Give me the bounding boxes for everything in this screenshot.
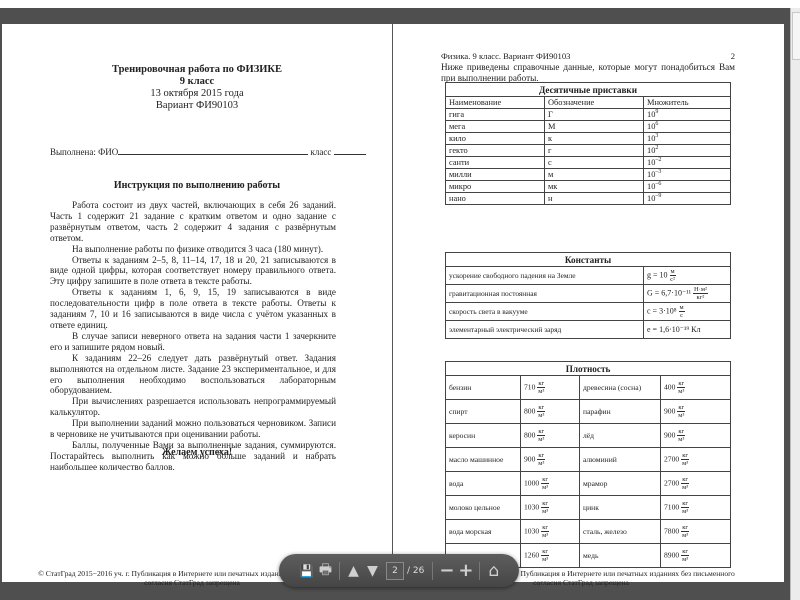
unit-numerator: кг	[681, 476, 689, 484]
exponent: 9	[655, 109, 658, 115]
table-row: ускорение свободного падения на Землеg =…	[446, 267, 731, 285]
prefix-name: милли	[446, 169, 545, 181]
unit-fraction: кгм³	[677, 428, 685, 443]
prefix-multiplier: 10–6	[644, 181, 731, 193]
unit-denominator: м³	[541, 508, 549, 515]
next-page-icon[interactable]: ▼	[363, 561, 382, 581]
substance-name: спирт	[446, 400, 521, 424]
substance-name: масло машинное	[446, 448, 521, 472]
constant-name: ускорение свободного падения на Земле	[446, 267, 644, 285]
previous-page-icon[interactable]: ▲	[344, 561, 363, 581]
column-header: Обозначение	[545, 97, 644, 109]
density-number: 1260	[524, 550, 539, 559]
table-row: вода морская1030кгм³сталь, железо7800кгм…	[446, 520, 731, 544]
constant-expression: e = 1,6·10⁻¹⁹ Кл	[647, 325, 700, 334]
table-row: мегаМ106	[446, 121, 731, 133]
toolbar-divider	[339, 562, 340, 580]
unit-denominator: с	[679, 312, 685, 319]
toolbar-divider	[479, 562, 480, 580]
density-number: 7100	[664, 502, 679, 511]
unit-numerator: кг	[541, 524, 549, 532]
page-number: 2	[731, 51, 735, 61]
instruction-paragraph: На выполнение работы по физике отводится…	[50, 244, 336, 255]
unit-fraction: кгм³	[681, 476, 689, 491]
unit-fraction: Н·м²кг²	[693, 286, 708, 301]
unit-fraction: кгм³	[681, 500, 689, 515]
prefix-multiplier: 10–9	[644, 193, 731, 205]
unit-fraction: кгм³	[681, 524, 689, 539]
substance-name: вода морская	[446, 520, 521, 544]
density-value: 900кгм³	[661, 400, 731, 424]
density-table: Плотность бензин710кгм³древесина (сосна)…	[445, 361, 731, 568]
substance-name: молоко цельное	[446, 496, 521, 520]
wish-text: Желаем успеха!	[2, 447, 392, 458]
unit-denominator: м³	[537, 436, 545, 443]
unit-fraction: кгм³	[537, 452, 545, 467]
prefix-multiplier: 109	[644, 109, 731, 121]
instruction-paragraph: Ответы к заданиям 2–5, 8, 11–14, 17, 18 …	[50, 255, 336, 288]
unit-numerator: кг	[537, 452, 545, 460]
prefix-symbol: г	[545, 145, 644, 157]
instruction-paragraph: При выполнении заданий можно пользоватьс…	[50, 418, 336, 440]
exponent: –9	[655, 193, 661, 199]
unit-denominator: м³	[681, 508, 689, 515]
unit-denominator: м³	[537, 388, 545, 395]
prefix-name: мега	[446, 121, 545, 133]
unit-denominator: м³	[537, 460, 545, 467]
substance-name: сталь, железо	[580, 520, 661, 544]
reference-intro: Ниже приведены справочные данные, которы…	[441, 62, 735, 83]
unit-fraction: кгм³	[537, 404, 545, 419]
unit-denominator: м³	[537, 412, 545, 419]
class-blank	[334, 146, 366, 155]
running-header: Физика. 9 класс. Вариант ФИ90103 2	[441, 51, 735, 61]
save-icon[interactable]: 💾	[297, 561, 316, 581]
table-row: спирт800кгм³парафин900кгм³	[446, 400, 731, 424]
instructions-heading: Инструкция по выполнению работы	[2, 180, 392, 191]
table-row: молоко цельное1030кгм³цинк7100кгм³	[446, 496, 731, 520]
instruction-paragraph: Работа состоит из двух частей, включающи…	[50, 200, 336, 244]
instructions-body: Работа состоит из двух частей, включающи…	[50, 200, 336, 473]
exponent: –2	[655, 157, 661, 163]
constants-caption: Константы	[446, 253, 731, 267]
constant-name: скорость света в вакууме	[446, 303, 644, 321]
prefix-multiplier: 10–2	[644, 157, 731, 169]
prefix-symbol: Г	[545, 109, 644, 121]
table-row: керосин800кгм³лёд900кгм³	[446, 424, 731, 448]
table-row: гектог102	[446, 145, 731, 157]
unit-numerator: кг	[681, 452, 689, 460]
class-label: класс	[310, 147, 331, 157]
unit-denominator: м³	[681, 532, 689, 539]
density-value: 8900кгм³	[661, 544, 731, 568]
zoom-in-icon[interactable]: +	[456, 561, 475, 581]
exponent: 3	[655, 133, 658, 139]
unit-denominator: м³	[677, 436, 685, 443]
constant-name: гравитационная постоянная	[446, 285, 644, 303]
home-icon[interactable]: ⌂	[484, 561, 503, 581]
page-number-input[interactable]: 2	[386, 562, 404, 580]
density-number: 1030	[524, 526, 539, 535]
prefix-name: санти	[446, 157, 545, 169]
unit-numerator: кг	[681, 500, 689, 508]
prefix-name: микро	[446, 181, 545, 193]
density-number: 400	[664, 382, 675, 391]
exponent: –3	[655, 169, 661, 175]
prefixes-table: Десятичные приставки НаименованиеОбознач…	[445, 82, 731, 205]
constants-table: Константы ускорение свободного падения н…	[445, 252, 731, 339]
constant-expression: G = 6,7·10⁻¹¹	[647, 288, 691, 297]
header-title: Физика. 9 класс. Вариант ФИ90103	[441, 51, 570, 61]
substance-name: алюминий	[580, 448, 661, 472]
column-header: Наименование	[446, 97, 545, 109]
density-value: 2700кгм³	[661, 448, 731, 472]
unit-denominator: м³	[681, 460, 689, 467]
unit-fraction: кгм³	[681, 548, 689, 563]
density-value: 7100кгм³	[661, 496, 731, 520]
zoom-out-icon[interactable]: −	[437, 561, 456, 581]
substance-name: древесина (сосна)	[580, 376, 661, 400]
unit-numerator: кг	[537, 404, 545, 412]
unit-fraction: кгм³	[677, 380, 685, 395]
table-row: сантис10–2	[446, 157, 731, 169]
unit-fraction: мс²	[670, 268, 676, 283]
table-row: скорость света в вакуумеc = 3·10⁸мс	[446, 303, 731, 321]
unit-numerator: кг	[537, 380, 545, 388]
table-row: масло машинное900кгм³алюминий2700кгм³	[446, 448, 731, 472]
doc-variant: Вариант ФИ90103	[2, 100, 392, 112]
table-row: килок103	[446, 133, 731, 145]
unit-numerator: кг	[677, 428, 685, 436]
total-pages: / 26	[407, 566, 424, 576]
unit-denominator: м³	[541, 556, 549, 563]
unit-denominator: м³	[681, 556, 689, 563]
unit-numerator: кг	[541, 548, 549, 556]
unit-fraction: кгм³	[681, 452, 689, 467]
density-value: 900кгм³	[521, 448, 580, 472]
unit-fraction: кгм³	[677, 404, 685, 419]
density-value: 1000кгм³	[521, 472, 580, 496]
density-value: 800кгм³	[521, 400, 580, 424]
unit-denominator: м³	[681, 484, 689, 491]
table-row: элементарный электрический зарядe = 1,6·…	[446, 321, 731, 339]
prefix-name: гига	[446, 109, 545, 121]
unit-numerator: кг	[541, 476, 549, 484]
unit-fraction: мс	[679, 304, 685, 319]
density-value: 1030кгм³	[521, 496, 580, 520]
substance-name: цинк	[580, 496, 661, 520]
title-block: Тренировочная работа по ФИЗИКЕ 9 класс 1…	[2, 64, 392, 112]
density-number: 800	[524, 430, 535, 439]
exponent: 6	[655, 121, 658, 127]
constant-value: g = 10мс²	[644, 267, 731, 285]
unit-denominator: с²	[670, 276, 676, 283]
density-number: 900	[524, 454, 535, 463]
print-icon[interactable]: 🖶	[316, 561, 335, 581]
column-header: Множитель	[644, 97, 731, 109]
prefix-symbol: м	[545, 169, 644, 181]
constant-expression: g = 10	[647, 270, 668, 279]
unit-fraction: кгм³	[541, 476, 549, 491]
unit-numerator: кг	[681, 548, 689, 556]
unit-denominator: м³	[541, 532, 549, 539]
prefix-multiplier: 106	[644, 121, 731, 133]
unit-fraction: кгм³	[541, 524, 549, 539]
table-row: гравитационная постояннаяG = 6,7·10⁻¹¹Н·…	[446, 285, 731, 303]
substance-name: вода	[446, 472, 521, 496]
constant-name: элементарный электрический заряд	[446, 321, 644, 339]
density-caption: Плотность	[446, 362, 731, 376]
density-value: 7800кгм³	[661, 520, 731, 544]
top-strip	[0, 0, 800, 8]
density-number: 8900	[664, 550, 679, 559]
table-row: бензин710кгм³древесина (сосна)400кгм³	[446, 376, 731, 400]
unit-numerator: Н·м²	[693, 286, 708, 294]
unit-numerator: кг	[541, 500, 549, 508]
table-row: гигаГ109	[446, 109, 731, 121]
prefix-symbol: М	[545, 121, 644, 133]
table-row: нанон10–9	[446, 193, 731, 205]
substance-name: лёд	[580, 424, 661, 448]
constant-value: c = 3·10⁸мс	[644, 303, 731, 321]
unit-numerator: м	[679, 304, 685, 312]
pdf-toolbar: 💾 🖶 ▲ ▼ 2 / 26 − + ⌂	[279, 554, 519, 587]
prefix-multiplier: 103	[644, 133, 731, 145]
table-row: микромк10–6	[446, 181, 731, 193]
instruction-paragraph: При вычислениях разрешается использовать…	[50, 396, 336, 418]
density-value: 2700кгм³	[661, 472, 731, 496]
prefix-name: нано	[446, 193, 545, 205]
fio-label: Выполнена: ФИО	[50, 147, 118, 157]
density-number: 2700	[664, 454, 679, 463]
density-number: 2700	[664, 478, 679, 487]
density-number: 800	[524, 406, 535, 415]
prefix-name: гекто	[446, 145, 545, 157]
substance-name: мрамор	[580, 472, 661, 496]
density-value: 1260кгм³	[521, 544, 580, 568]
pdf-page-1: Тренировочная работа по ФИЗИКЕ 9 класс 1…	[2, 24, 392, 582]
vertical-scrollbar[interactable]	[790, 8, 800, 600]
prefix-name: кило	[446, 133, 545, 145]
density-number: 710	[524, 382, 535, 391]
instruction-paragraph: В случае записи неверного ответа на зада…	[50, 331, 336, 353]
unit-denominator: кг²	[693, 294, 708, 301]
substance-name: медь	[580, 544, 661, 568]
exponent: 2	[655, 145, 658, 151]
instruction-paragraph: К заданиям 22–26 следует дать развёрнуты…	[50, 353, 336, 397]
unit-numerator: м	[670, 268, 676, 276]
substance-name: бензин	[446, 376, 521, 400]
unit-fraction: кгм³	[537, 380, 545, 395]
substance-name: парафин	[580, 400, 661, 424]
unit-denominator: м³	[541, 484, 549, 491]
prefix-multiplier: 10–3	[644, 169, 731, 181]
unit-numerator: кг	[537, 428, 545, 436]
doc-date: 13 октября 2015 года	[2, 88, 392, 100]
prefix-symbol: мк	[545, 181, 644, 193]
instruction-paragraph: Ответы к заданиям 1, 6, 9, 15, 19 записы…	[50, 287, 336, 331]
toolbar-divider	[432, 562, 433, 580]
unit-numerator: кг	[677, 404, 685, 412]
density-value: 900кгм³	[661, 424, 731, 448]
unit-numerator: кг	[677, 380, 685, 388]
constant-value: e = 1,6·10⁻¹⁹ Кл	[644, 321, 731, 339]
prefix-symbol: к	[545, 133, 644, 145]
density-number: 1000	[524, 478, 539, 487]
prefix-symbol: н	[545, 193, 644, 205]
density-value: 1030кгм³	[521, 520, 580, 544]
substance-name: керосин	[446, 424, 521, 448]
unit-denominator: м³	[677, 388, 685, 395]
density-number: 900	[664, 430, 675, 439]
exponent: –6	[655, 181, 661, 187]
density-number: 7800	[664, 526, 679, 535]
scrollbar-thumb[interactable]	[792, 12, 800, 60]
prefix-multiplier: 102	[644, 145, 731, 157]
prefixes-caption: Десятичные приставки	[446, 83, 731, 97]
density-value: 800кгм³	[521, 424, 580, 448]
unit-fraction: кгм³	[541, 500, 549, 515]
constant-value: G = 6,7·10⁻¹¹Н·м²кг²	[644, 285, 731, 303]
doc-title: Тренировочная работа по ФИЗИКЕ	[2, 64, 392, 76]
density-value: 710кгм³	[521, 376, 580, 400]
prefix-symbol: с	[545, 157, 644, 169]
pdf-page-2: Физика. 9 класс. Вариант ФИ90103 2 Ниже …	[393, 24, 784, 582]
unit-fraction: кгм³	[541, 548, 549, 563]
fio-line: Выполнена: ФИО класс	[50, 146, 366, 157]
unit-fraction: кгм³	[537, 428, 545, 443]
density-value: 400кгм³	[661, 376, 731, 400]
density-number: 1030	[524, 502, 539, 511]
doc-grade: 9 класс	[2, 76, 392, 88]
fio-blank	[118, 146, 308, 155]
density-number: 900	[664, 406, 675, 415]
table-row: вода1000кгм³мрамор2700кгм³	[446, 472, 731, 496]
table-row: миллим10–3	[446, 169, 731, 181]
unit-denominator: м³	[677, 412, 685, 419]
constant-expression: c = 3·10⁸	[647, 306, 677, 315]
unit-numerator: кг	[681, 524, 689, 532]
